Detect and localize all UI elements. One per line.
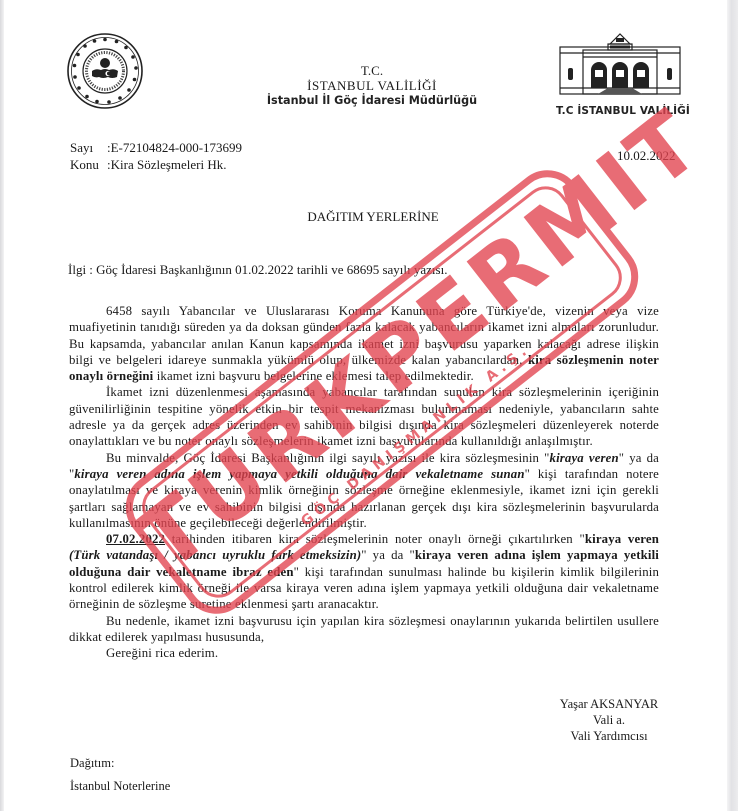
signatory-name: Yaşar AKSANYAR (544, 696, 674, 712)
distribution-label: Dağıtım: (70, 752, 170, 775)
reference-number-row: Sayı:E-72104824-000-173699 (70, 139, 242, 156)
distribution-heading: DAĞITIM YERLERİNE (4, 209, 738, 225)
paragraph-3: Bu minvalde, Göç İdaresi Başkanlığının i… (69, 450, 659, 531)
republic-seal-icon (66, 32, 144, 110)
reference-number-label: Sayı (70, 139, 107, 156)
paragraph-5: Bu nedenle, ikamet izni başvurusu için y… (69, 613, 659, 646)
country-abbrev: T.C. (252, 63, 492, 78)
signatory-title: Vali Yardımcısı (544, 728, 674, 744)
distribution-recipient: İstanbul Noterlerine (70, 775, 170, 798)
signature-block: Yaşar AKSANYAR Vali a. Vali Yardımcısı (544, 696, 674, 744)
paragraph-2: İkamet izni düzenlenmesi aşamasında yaba… (69, 384, 659, 449)
signatory-role: Vali a. (544, 712, 674, 728)
effective-date: 07.02.2022 (106, 532, 165, 546)
paragraph-1: 6458 sayılı Yabancılar ve Uluslararası K… (69, 303, 659, 384)
istanbul-governorship-building-icon (558, 30, 682, 104)
department-name: İstanbul İl Göç İdaresi Müdürlüğü (252, 93, 492, 108)
subject-value: :Kira Sözleşmeleri Hk. (107, 157, 227, 172)
document-page: T.C. İSTANBUL VALİLİĞİ İstanbul İl Göç İ… (4, 0, 727, 811)
document-meta: Sayı:E-72104824-000-173699 Konu:Kira Söz… (70, 139, 242, 173)
page-right-edge (727, 0, 738, 811)
subject-row: Konu:Kira Sözleşmeleri Hk. (70, 156, 242, 173)
paragraph-4: 07.02.2022 tarihinden itibaren kira sözl… (69, 531, 659, 612)
letter-body: 6458 sayılı Yabancılar ve Uluslararası K… (69, 303, 659, 662)
letterhead: T.C. İSTANBUL VALİLİĞİ İstanbul İl Göç İ… (252, 63, 492, 108)
istanbul-governorship-logo: T.C İSTANBUL VALİLİĞİ (556, 30, 684, 120)
closing-request: Gereğini rica ederim. (69, 645, 659, 661)
institution-name: İSTANBUL VALİLİĞİ (252, 78, 492, 93)
reference-number-value: :E-72104824-000-173699 (107, 140, 242, 155)
logo-caption: T.C İSTANBUL VALİLİĞİ (556, 105, 684, 117)
subject-label: Konu (70, 156, 107, 173)
distribution-list: Dağıtım: İstanbul Noterlerine (70, 752, 170, 798)
document-date: 10.02.2022 (617, 148, 676, 164)
reference-line: İlgi : Göç İdaresi Başkanlığının 01.02.2… (68, 262, 447, 278)
